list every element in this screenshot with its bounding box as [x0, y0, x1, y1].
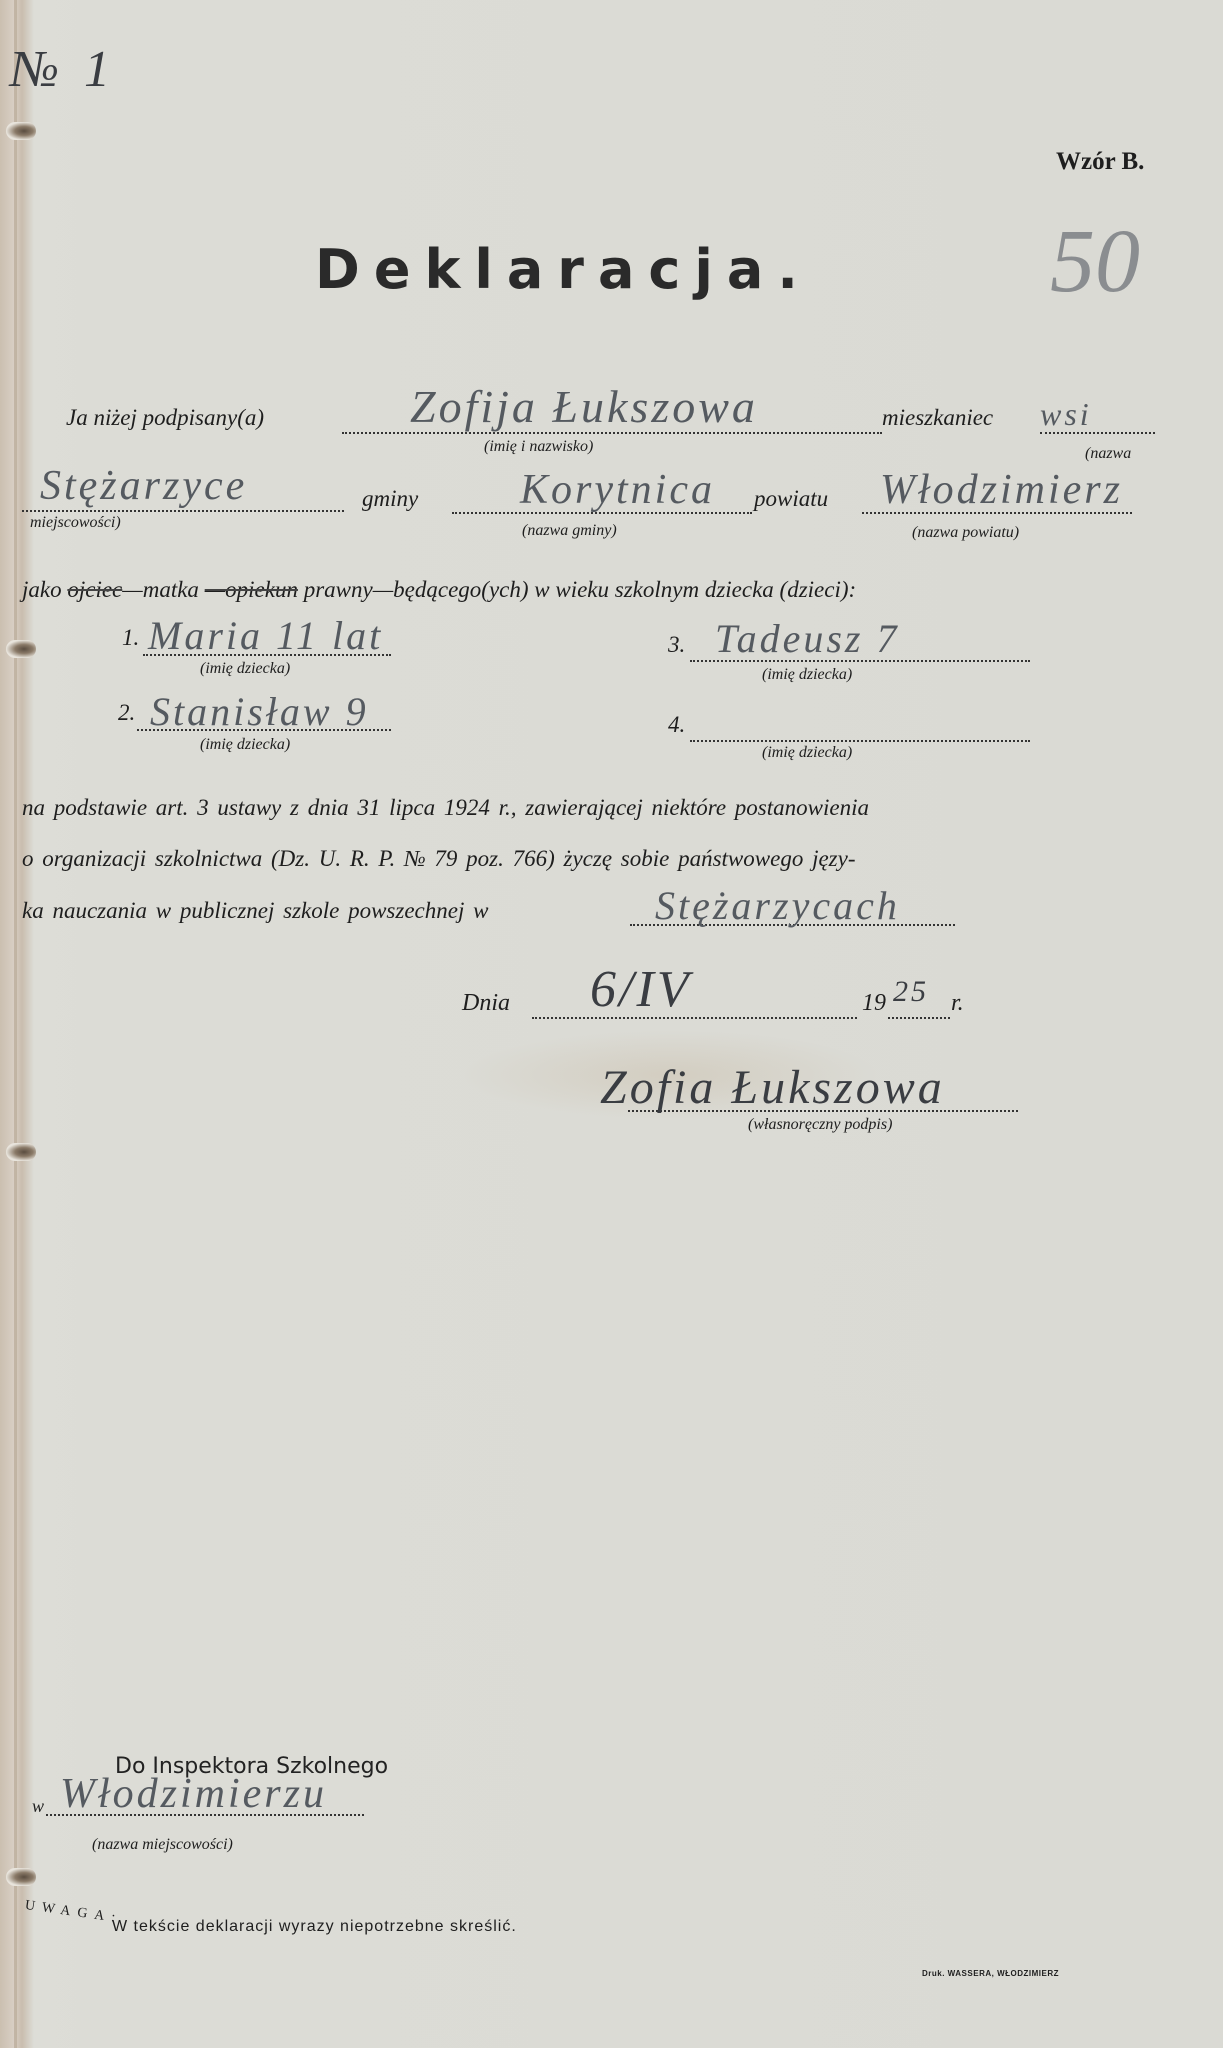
binding-hole	[6, 1868, 36, 1886]
date-day-line	[532, 1017, 857, 1019]
resident-label: mieszkaniec	[882, 405, 993, 431]
body-line-3: ka nauczania w publicznej szkole powszec…	[22, 898, 488, 924]
child-2-caption: (imię dziecka)	[200, 736, 290, 754]
date-year-line	[888, 1017, 950, 1019]
child-4-number: 4.	[668, 712, 685, 738]
binding-edge	[14, 0, 17, 2048]
powiat-label: powiatu	[754, 486, 828, 512]
child-1-number: 1.	[122, 625, 139, 651]
addressee-value: Włodzimierzu	[60, 1770, 327, 1818]
body-line-2: o organizacji szkolnictwa (Dz. U. R. P. …	[22, 846, 856, 872]
binding-hole	[6, 1143, 36, 1161]
date-label: Dnia	[462, 990, 510, 1017]
child-3-caption: (imię dziecka)	[762, 666, 852, 684]
date-year-value: 25	[893, 975, 929, 1009]
role-mother: —matka	[122, 577, 199, 602]
addressee-w: w	[32, 1796, 44, 1817]
corner-number: № 1	[10, 40, 116, 99]
document-page: № 1 Wzór B. 50 Deklaracja. Ja niżej podp…	[0, 0, 1223, 2048]
role-struck-father: ojciec	[67, 577, 122, 602]
gmina-field-value: Korytnica	[520, 466, 715, 514]
role-suffix: prawny—będącego(ych) w wieku szkolnym dz…	[304, 577, 856, 602]
place-field-value: Stężarzyce	[40, 462, 247, 510]
pencil-mark: 50	[1050, 210, 1140, 313]
place-caption-end: miejscowości)	[30, 514, 121, 532]
place-field-line	[22, 510, 344, 512]
addressee-caption: (nazwa miejscowości)	[92, 1836, 233, 1854]
intro-label: Ja niżej podpisany(a)	[66, 405, 264, 431]
child-3-value: Tadeusz 7	[715, 615, 899, 662]
role-prefix: jako	[22, 577, 62, 602]
binding-hole	[6, 640, 36, 658]
form-label: Wzór B.	[1056, 148, 1144, 176]
child-2-value: Stanisław 9	[150, 688, 369, 735]
note-label: UWAGA:	[24, 1898, 123, 1927]
resident-field-value: wsi	[1040, 396, 1092, 433]
name-caption: (imię i nazwisko)	[484, 438, 593, 456]
child-2-number: 2.	[118, 700, 135, 726]
body-line-1: na podstawie art. 3 ustawy z dnia 31 lip…	[22, 795, 869, 821]
child-1-value: Maria 11 lat	[148, 612, 383, 659]
place-caption-start: (nazwa	[1085, 445, 1131, 463]
date-year-suffix: r.	[951, 990, 964, 1017]
role-line: jako ojciec—matka —opiekun prawny—będące…	[22, 577, 856, 603]
powiat-field-value: Włodzimierz	[880, 466, 1123, 514]
powiat-caption: (nazwa powiatu)	[912, 524, 1019, 542]
gmina-caption: (nazwa gminy)	[522, 522, 617, 540]
gmina-label: gminy	[362, 486, 418, 512]
note-text: W tekście deklaracji wyrazy niepotrzebne…	[112, 1918, 517, 1936]
child-4-caption: (imię dziecka)	[762, 744, 852, 762]
school-field-value: Stężarzycach	[655, 882, 900, 929]
child-1-caption: (imię dziecka)	[200, 660, 290, 678]
page-title: Deklaracja.	[315, 238, 812, 301]
signature-caption: (własnoręczny podpis)	[748, 1116, 892, 1134]
printer-imprint: Druk. WASSERA, WŁODZIMIERZ	[922, 1969, 1059, 1978]
date-day-value: 6/IV	[590, 960, 692, 1019]
name-field-value: Zofija Łukszowa	[410, 380, 758, 433]
signature-value: Zofia Łukszowa	[600, 1060, 945, 1115]
role-struck-guardian: —opiekun	[205, 577, 298, 602]
date-year-prefix: 19	[862, 990, 886, 1017]
child-4-line	[690, 740, 1030, 742]
binding-hole	[6, 122, 36, 140]
child-3-number: 3.	[668, 632, 685, 658]
